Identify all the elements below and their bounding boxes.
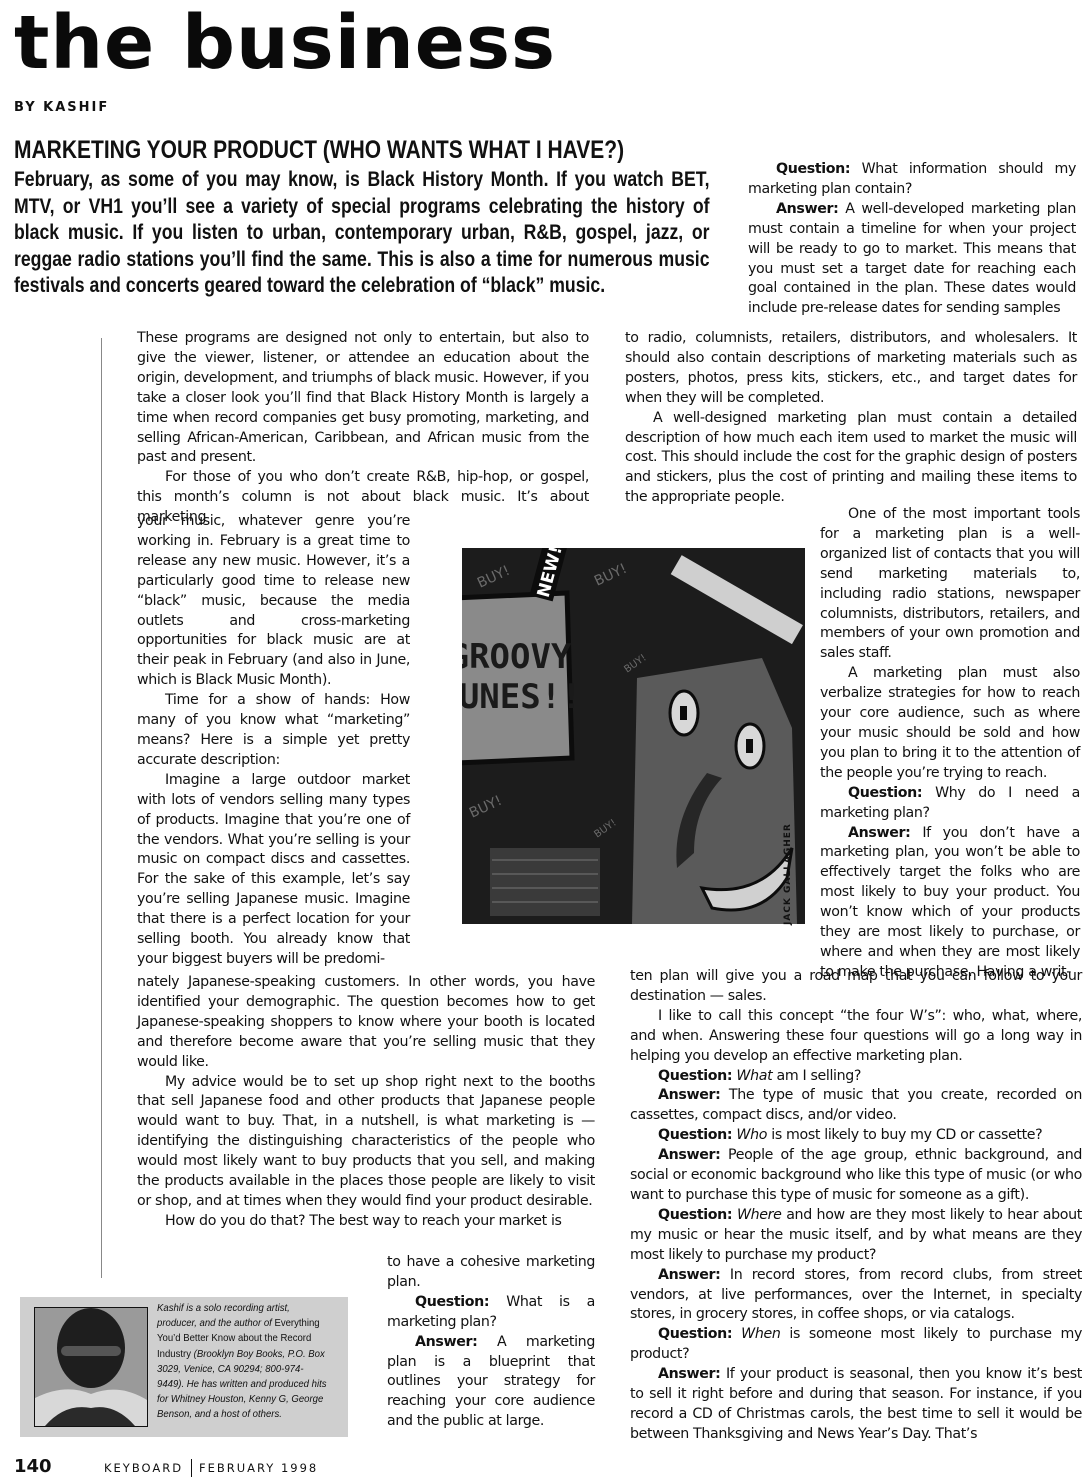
question-label: Question: xyxy=(658,1127,732,1143)
answer-label: Answer: xyxy=(658,1267,720,1283)
paragraph: One of the most important tools for a ma… xyxy=(820,505,1080,664)
portrait-image xyxy=(35,1308,147,1426)
question-label: Question: xyxy=(415,1294,489,1310)
answer-text: A well-developed marketing plan must con… xyxy=(748,201,1076,317)
qa-answer: Answer: If your product is seasonal, the… xyxy=(630,1365,1082,1445)
qa-answer: Answer: In record stores, from record cl… xyxy=(630,1266,1082,1326)
qa-question: Question: What information should my mar… xyxy=(748,160,1076,200)
magazine-name: KEYBOARD xyxy=(104,1461,183,1475)
column-right-top: Question: What information should my mar… xyxy=(748,160,1076,319)
qa-question: Question: Who is most likely to buy my C… xyxy=(630,1126,1082,1146)
qa-question: Question: Where and how are they most li… xyxy=(630,1206,1082,1266)
column-right-bottom: ten plan will give you a road map that y… xyxy=(630,967,1082,1445)
paragraph: Time for a show of hands: How many of yo… xyxy=(137,691,410,771)
paragraph: A well-designed marketing plan must cont… xyxy=(625,409,1077,509)
paragraph: nately Japanese-speaking customers. In o… xyxy=(137,973,595,1073)
section-title: the business xyxy=(14,6,556,80)
question-text: is most likely to buy my CD or cassette? xyxy=(767,1127,1042,1143)
column-right-narrow: One of the most important tools for a ma… xyxy=(820,505,1080,983)
answer-label: Answer: xyxy=(658,1366,720,1382)
column-left-top: These programs are designed not only to … xyxy=(137,329,589,528)
qa-question: Question: Why do I need a marketing plan… xyxy=(820,784,1080,824)
issue-date: FEBRUARY 1998 xyxy=(199,1461,318,1475)
footer-divider xyxy=(191,1459,192,1477)
qa-question: Question: What is a marketing plan? xyxy=(387,1293,595,1333)
sign-text-groovy: GROOVY xyxy=(462,637,572,677)
qa-answer: Answer: The type of music that you creat… xyxy=(630,1086,1082,1126)
question-label: Question: xyxy=(776,161,850,177)
illustration-groovy-tunes: GROOVY TUNES!! NEW! BUY! BUY! BUY! BUY! … xyxy=(462,548,805,924)
illustration-credit: JACK GALLAGHER xyxy=(783,823,793,925)
answer-label: Answer: xyxy=(658,1087,720,1103)
column-right-wide: to radio, columnists, retailers, distrib… xyxy=(625,329,1077,508)
question-emphasis: What xyxy=(736,1068,772,1084)
page-number: 140 xyxy=(14,1456,52,1477)
question-label: Question: xyxy=(848,785,922,801)
paragraph: I like to call this concept “the four W’… xyxy=(630,1007,1082,1067)
question-label: Question: xyxy=(658,1326,732,1342)
answer-label: Answer: xyxy=(658,1147,720,1163)
column-left-bottom: nately Japanese-speaking customers. In o… xyxy=(137,973,595,1232)
author-photo xyxy=(34,1307,148,1427)
question-label: Question: xyxy=(658,1207,732,1223)
paragraph: ten plan will give you a road map that y… xyxy=(630,967,1082,1007)
paragraph: My advice would be to set up shop right … xyxy=(137,1073,595,1212)
author-bio: Kashif is a solo recording artist, produ… xyxy=(157,1301,330,1423)
question-emphasis: When xyxy=(741,1326,780,1342)
qa-question: Question: What am I selling? xyxy=(630,1067,1082,1087)
article-deck: February, as some of you may know, is Bl… xyxy=(14,167,710,300)
column-left-narrow: your music, whatever genre you’re workin… xyxy=(137,512,410,970)
column-mid-bottom: to have a cohesive marketing plan. Quest… xyxy=(387,1253,595,1432)
qa-question: Question: When is someone most likely to… xyxy=(630,1325,1082,1365)
question-label: Question: xyxy=(658,1068,732,1084)
paragraph: How do you do that? The best way to reac… xyxy=(137,1212,595,1232)
answer-label: Answer: xyxy=(415,1334,477,1350)
question-emphasis: Where xyxy=(737,1207,782,1223)
paragraph: Imagine a large outdoor market with lots… xyxy=(137,771,410,970)
paragraph: your music, whatever genre you’re workin… xyxy=(137,512,410,691)
qa-answer: Answer: If you don’t have a marketing pl… xyxy=(820,824,1080,983)
paragraph: A marketing plan must also verbalize str… xyxy=(820,664,1080,783)
answer-label: Answer: xyxy=(776,201,838,217)
paragraph: to radio, columnists, retailers, distrib… xyxy=(625,329,1077,409)
qa-answer: Answer: A well-developed marketing plan … xyxy=(748,200,1076,319)
question-text: am I selling? xyxy=(772,1068,861,1084)
sign-text-tunes: TUNES!! xyxy=(462,677,582,717)
bio-text: Kashif is a solo recording artist, produ… xyxy=(157,1303,290,1329)
answer-label: Answer: xyxy=(848,825,910,841)
answer-text: If you don’t have a marketing plan, you … xyxy=(820,825,1080,980)
article-headline: MARKETING YOUR PRODUCT (WHO WANTS WHAT I… xyxy=(14,136,624,165)
qa-answer: Answer: People of the age group, ethnic … xyxy=(630,1146,1082,1206)
byline: BY KASHIF xyxy=(14,100,109,115)
paragraph: These programs are designed not only to … xyxy=(137,329,589,468)
qa-answer: Answer: A marketing plan is a blueprint … xyxy=(387,1333,595,1433)
paragraph: to have a cohesive marketing plan. xyxy=(387,1253,595,1293)
column-rule xyxy=(101,338,102,1278)
cartoon-radio-illustration: GROOVY TUNES!! NEW! BUY! BUY! BUY! BUY! … xyxy=(462,548,805,924)
question-emphasis: Who xyxy=(736,1127,767,1143)
